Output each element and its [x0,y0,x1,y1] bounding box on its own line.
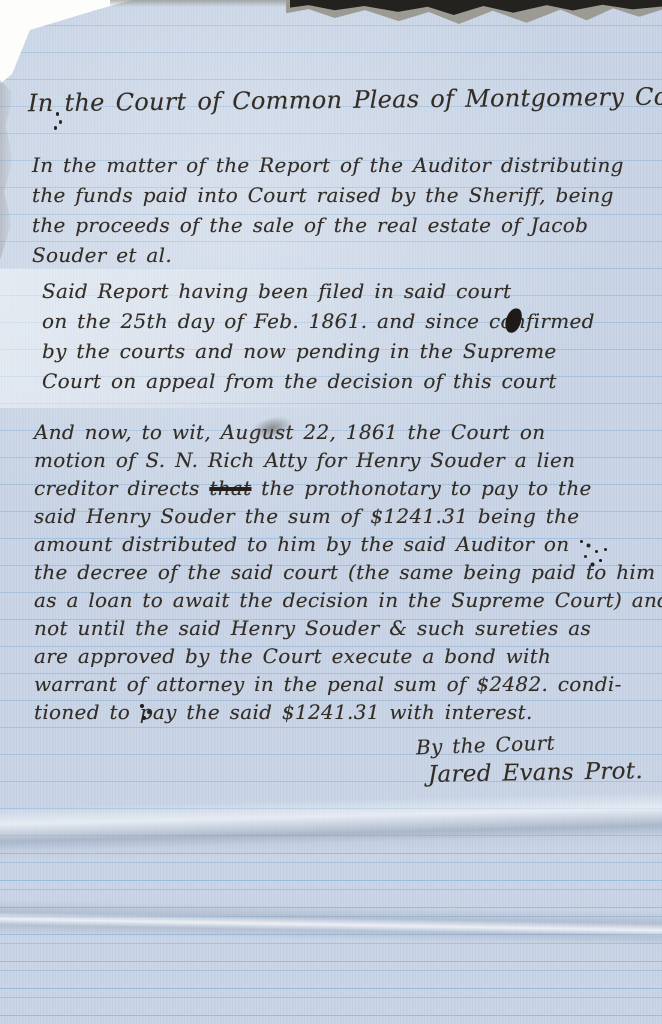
manuscript-line: Court on appeal from the decision of thi… [42,366,595,396]
manuscript-line: the proceeds of the sale of the real est… [32,210,624,240]
manuscript-line: are approved by the Court execute a bond… [34,642,662,670]
struck-word: that [209,476,251,500]
manuscript-line: In the matter of the Report of the Audit… [32,150,624,180]
manuscript-line: not until the said Henry Souder & such s… [34,614,662,642]
line-segment: creditor directs [34,476,209,500]
ink-speckles [56,112,59,116]
manuscript-line: motion of S. N. Rich Atty for Henry Soud… [34,446,662,474]
line-segment: the prothonotary to pay to the [251,476,591,500]
prothonotary-signature: Jared Evans Prot. [428,758,643,788]
manuscript-line: by the courts and now pending in the Sup… [42,336,595,366]
manuscript-line: tioned to pay the said $1241.31 with int… [34,698,662,726]
manuscript-line: creditor directs that the prothonotary t… [34,474,662,502]
matter-paragraph: In the matter of the Report of the Audit… [32,150,624,270]
manuscript-line: the funds paid into Court raised by the … [32,180,624,210]
manuscript-line: Souder et al. [32,240,624,270]
manuscript-line: said Henry Souder the sum of $1241.31 be… [34,502,662,530]
manuscript-line: warrant of attorney in the penal sum of … [34,670,662,698]
manuscript-line: And now, to wit, August 22, 1861 the Cou… [34,418,662,446]
manuscript-line: amount distributed to him by the said Au… [34,530,662,558]
filing-paragraph: Said Report having been filed in said co… [42,276,595,396]
paper-top-edge [110,0,310,7]
manuscript-line: Said Report having been filed in said co… [42,276,595,306]
by-the-court-line: By the Court [416,731,556,760]
scanned-page: In the Court of Common Pleas of Montgome… [0,0,662,1024]
manuscript-line: as a loan to await the decision in the S… [34,586,662,614]
ruled-lines-lower [0,828,662,1024]
manuscript-line: the decree of the said court (the same b… [34,558,662,586]
ink-speckles [580,540,583,543]
ink-speckles [140,704,144,708]
order-paragraph: And now, to wit, August 22, 1861 the Cou… [34,418,662,726]
